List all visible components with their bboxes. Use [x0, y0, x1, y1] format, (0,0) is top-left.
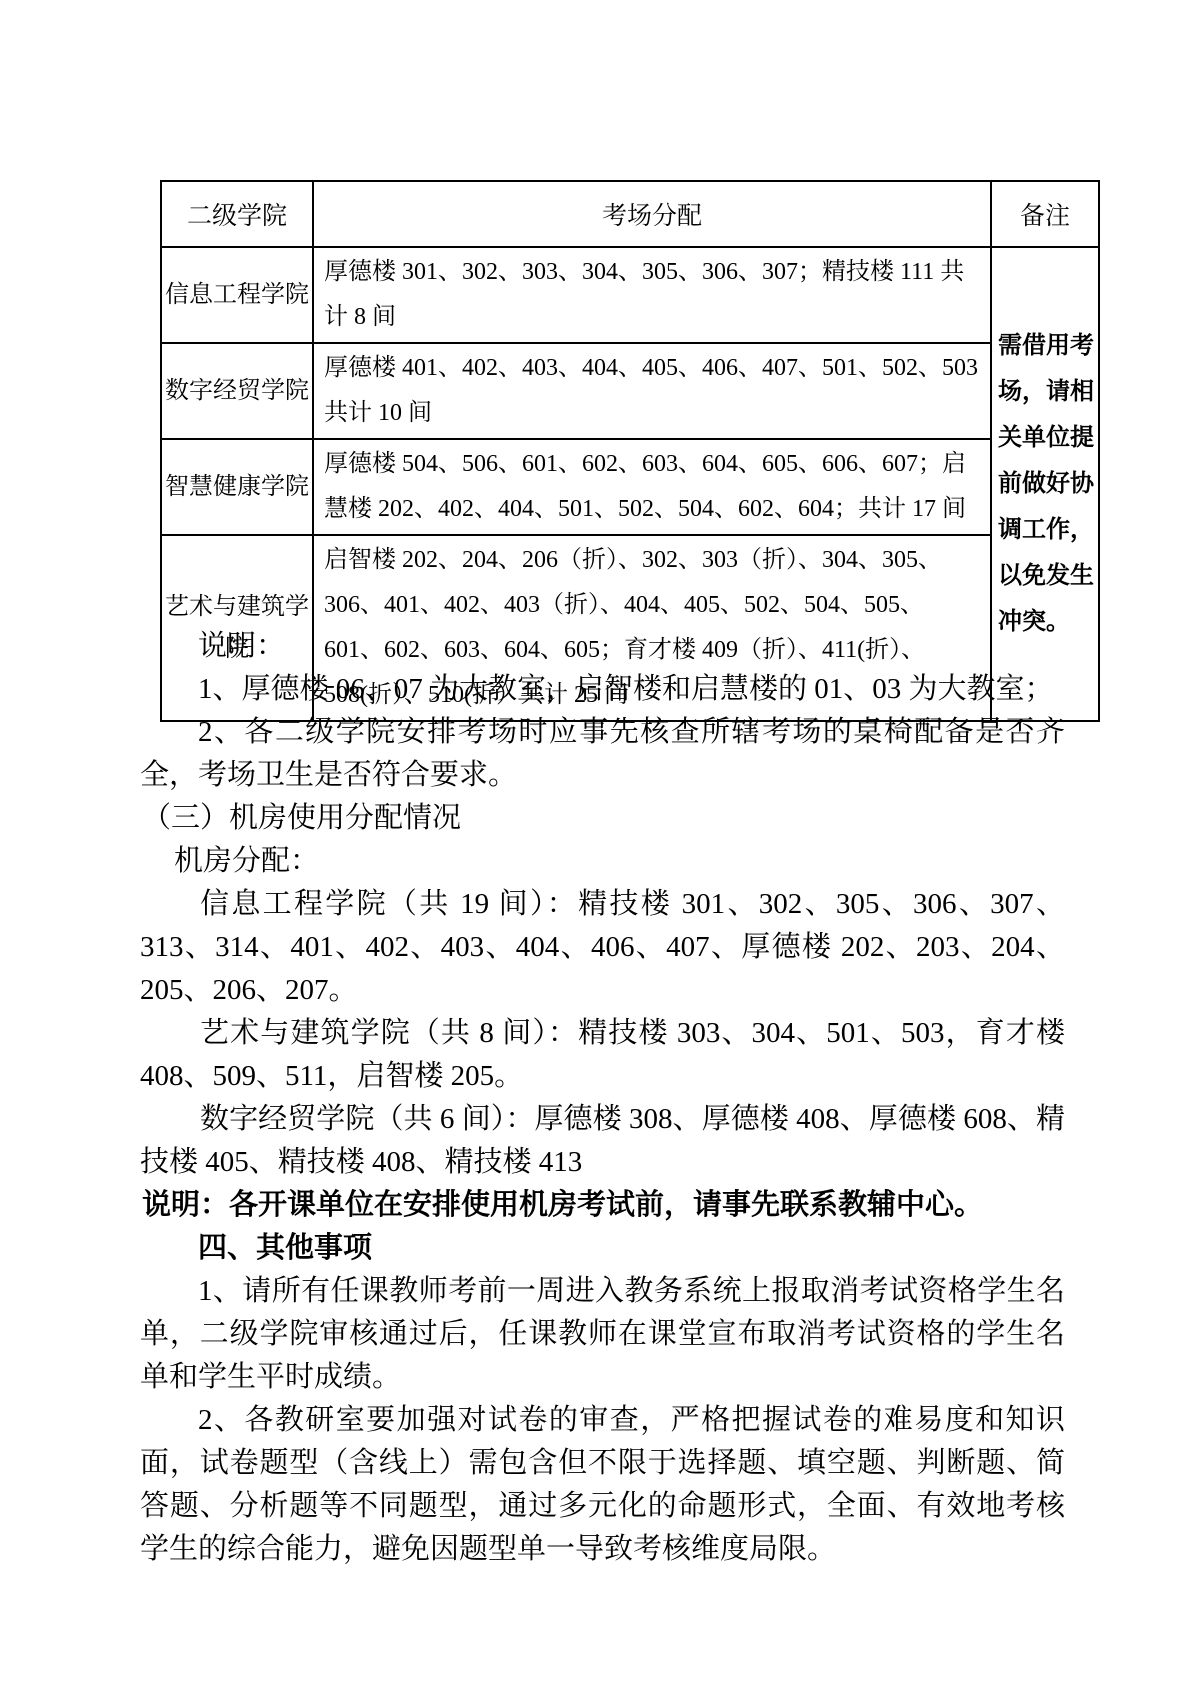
table-header-college: 二级学院	[161, 181, 313, 247]
other-matters-paragraph: 2、各教研室要加强对试卷的审查，严格把握试卷的难易度和知识面，试卷题型（含线上）…	[140, 1399, 1065, 1571]
document-body: 说明： 1、厚德楼 06、07 为大教室，启智楼和启慧楼的 01、03 为大教室…	[140, 625, 1065, 1571]
machine-room-bold-note: 说明：各开课单位在安排使用机房考试前，请事先联系教辅中心。	[140, 1184, 1065, 1227]
table-row: 数字经贸学院 厚德楼 401、402、403、404、405、406、407、5…	[161, 343, 1099, 439]
machine-room-allocation: 艺术与建筑学院（共 8 间）：精技楼 303、304、501、503，育才楼 4…	[140, 1012, 1065, 1098]
table-header-remark: 备注	[991, 181, 1099, 247]
machine-room-subheading: 机房分配：	[140, 840, 1065, 883]
table-row: 智慧健康学院 厚德楼 504、506、601、602、603、604、605、6…	[161, 439, 1099, 535]
college-name: 数字经贸学院	[161, 343, 313, 439]
other-matters-paragraph: 1、请所有任课教师考前一周进入教务系统上报取消考试资格学生名单，二级学院审核通过…	[140, 1270, 1065, 1399]
allocation-cell: 厚德楼 504、506、601、602、603、604、605、606、607；…	[313, 439, 991, 535]
machine-room-allocation: 数字经贸学院（共 6 间）：厚德楼 308、厚德楼 408、厚德楼 608、精技…	[140, 1098, 1065, 1184]
table-header-row: 二级学院 考场分配 备注	[161, 181, 1099, 247]
machine-room-allocation: 信息工程学院（共 19 间）：精技楼 301、302、305、306、307、3…	[140, 883, 1065, 1012]
allocation-cell: 厚德楼 301、302、303、304、305、306、307；精技楼 111 …	[313, 247, 991, 343]
college-name: 信息工程学院	[161, 247, 313, 343]
note-item: 2、各二级学院安排考场时应事先核查所辖考场的桌椅配备是否齐全，考场卫生是否符合要…	[140, 711, 1065, 797]
college-name: 智慧健康学院	[161, 439, 313, 535]
note-item: 1、厚德楼 06、07 为大教室，启智楼和启慧楼的 01、03 为大教室；	[140, 668, 1065, 711]
allocation-cell: 厚德楼 401、402、403、404、405、406、407、501、502、…	[313, 343, 991, 439]
document-page: 二级学院 考场分配 备注 信息工程学院 厚德楼 301、302、303、304、…	[0, 0, 1191, 1684]
table-row: 信息工程学院 厚德楼 301、302、303、304、305、306、307；精…	[161, 247, 1099, 343]
table-header-allocation: 考场分配	[313, 181, 991, 247]
machine-room-heading: （三）机房使用分配情况	[140, 797, 1065, 840]
notes-label: 说明：	[140, 625, 1065, 668]
other-matters-heading: 四、其他事项	[140, 1227, 1065, 1270]
